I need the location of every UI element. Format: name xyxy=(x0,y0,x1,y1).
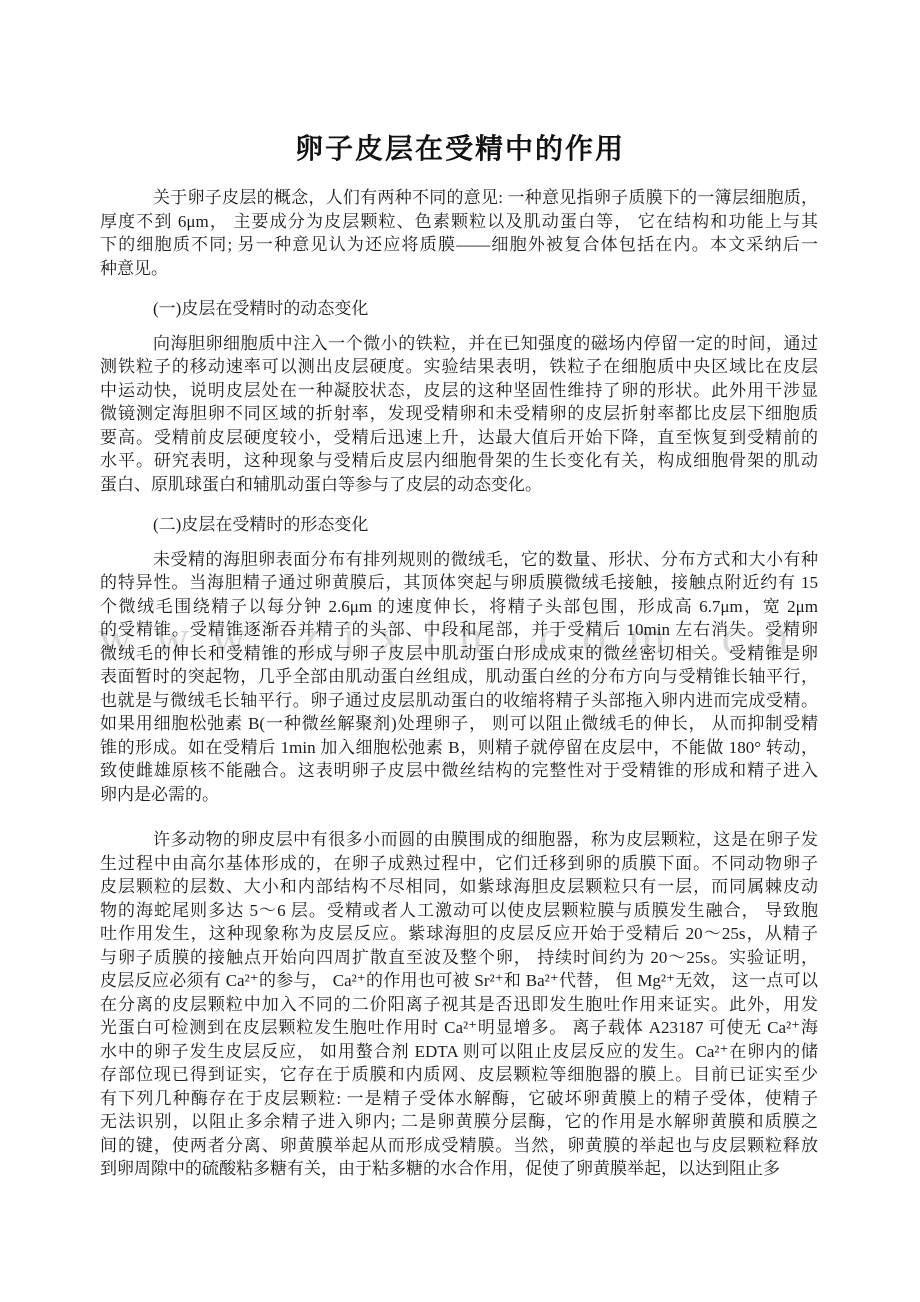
text-line: 中运动快，说明皮层处在一种凝胶状态，皮层的这种坚固性维持了卵的形状。此外用干涉显 xyxy=(100,379,818,403)
text-line: 间的键，使两者分离、卵黄膜举起从而形成受精膜。当然，卵黄膜的举起也与皮层颗粒释放 xyxy=(100,1134,818,1158)
paragraph: 许多动物的卵皮层中有很多小而圆的由膜围成的细胞器，称为皮层颗粒，这是在卵子发生过… xyxy=(100,828,818,1181)
text-line: 水中的卵子发生皮层反应， 如用螯合剂 EDTA 则可以阻止皮层反应的发生。Ca²… xyxy=(100,1040,818,1064)
paragraph: 关于卵子皮层的概念，人们有两种不同的意见: 一种意见指卵子质膜下的一簿层细胞质，… xyxy=(100,186,818,280)
text-line: 到卵周隙中的硫酸粘多糖有关，由于粘多糖的水合作用，促使了卵黄膜举起，以达到阻止多 xyxy=(100,1157,818,1181)
text-line: 要高。受精前皮层硬度较小，受精后迅速上升，达最大值后开始下降，直至恢复到受精前的 xyxy=(100,426,818,450)
text-line: 微绒毛的伸长和受精锥的形成与卵子皮层中肌动蛋白形成成束的微丝密切相关。受精锥是卵 xyxy=(100,642,818,666)
text-line: 致使雌雄原核不能融合。这表明卵子皮层中微丝结构的完整性对于受精锥的形成和精子进入 xyxy=(100,759,818,783)
text-line: 测铁粒子的移动速率可以测出皮层硬度。实验结果表明，铁粒子在细胞质中央区域比在皮层 xyxy=(100,355,818,379)
text-line: 卵内是必需的。 xyxy=(100,783,818,807)
text-line: 的受精锥。受精锥逐渐吞并精子的头部、中段和尾部，并于受精后 10min 左右消失… xyxy=(100,618,818,642)
text-line: 表面暂时的突起物，几乎全部由肌动蛋白丝组成，肌动蛋白丝的分布方向与受精锥长轴平行… xyxy=(100,665,818,689)
text-line: 个微绒毛围绕精子以每分钟 2.6μm 的速度伸长，将精子头部包围，形成高 6.7… xyxy=(100,595,818,619)
paragraph: 未受精的海胆卵表面分布有排列规则的微绒毛，它的数量、形状、分布方式和大小有种的特… xyxy=(100,548,818,807)
text-line: 在分离的皮层颗粒中加入不同的二价阳离子视其是否迅即发生胞吐作用来证实。此外，用发 xyxy=(100,993,818,1017)
text-line: 光蛋白可检测到在皮层颗粒发生胞吐作用时 Ca²⁺明显增多。 离子载体 A2318… xyxy=(100,1016,818,1040)
text-line: 如果用细胞松弛素 B(一种微丝解聚剂)处理卵子， 则可以阻止微绒毛的伸长， 从而… xyxy=(100,712,818,736)
text-line: 下的细胞质不同; 另一种意见认为还应将质膜——细胞外被复合体包括在内。本文采纳后… xyxy=(100,233,818,257)
text-line: 无法识别，以阻止多余精子进入卵内; 二是卵黄膜分层酶，它的作用是水解卵黄膜和质膜… xyxy=(100,1110,818,1134)
text-line: 存部位现已得到证实，它存在于质膜和内质网、皮层颗粒等细胞器的膜上。目前已证实至少 xyxy=(100,1063,818,1087)
text-line: 物的海蛇尾则多达 5～6 层。受精或者人工激动可以使皮层颗粒膜与质膜发生融合， … xyxy=(100,899,818,923)
text-line: 皮层反应必须有 Ca²⁺的参与， Ca²⁺的作用也可被 Sr²⁺和 Ba²⁺代替… xyxy=(100,969,818,993)
text-line: 有下列几种酶存在于皮层颗粒: 一是精子受体水解酶，它破坏卵黄膜上的精子受体，使精… xyxy=(100,1087,818,1111)
text-line: 皮层颗粒的层数、大小和内部结构不尽相同，如紫球海胆皮层颗粒只有一层，而同属棘皮动 xyxy=(100,875,818,899)
text-line: 厚度不到 6μm， 主要成分为皮层颗粒、色素颗粒以及肌动蛋白等， 它在结构和功能… xyxy=(100,210,818,234)
section-heading: (一)皮层在受精时的动态变化 xyxy=(100,297,818,321)
text-line: 也就是与微绒毛长轴平行。卵子通过皮层肌动蛋白的收缩将精子头部拖入卵内进而完成受精… xyxy=(100,689,818,713)
document-body: 关于卵子皮层的概念，人们有两种不同的意见: 一种意见指卵子质膜下的一簿层细胞质，… xyxy=(100,186,818,1181)
text-line: 的特异性。当海胆精子通过卵黄膜后，其顶体突起与卵质膜微绒毛接触，接触点附近约有 … xyxy=(100,571,818,595)
page-title: 卵子皮层在受精中的作用 xyxy=(0,127,920,167)
text-line: 关于卵子皮层的概念，人们有两种不同的意见: 一种意见指卵子质膜下的一簿层细胞质， xyxy=(100,186,818,210)
text-line: 吐作用发生，这种现象称为皮层反应。紫球海胆的皮层反应开始于受精后 20～25s，… xyxy=(100,922,818,946)
text-line: 水平。研究表明，这种现象与受精后皮层内细胞骨架的生长变化有关，构成细胞骨架的肌动 xyxy=(100,449,818,473)
text-line: 向海胆卵细胞质中注入一个微小的铁粒，并在已知强度的磁场内停留一定的时间，通过 xyxy=(100,332,818,356)
text-line: 生过程中由高尔基体形成的，在卵子成熟过程中，它们迁移到卵的质膜下面。不同动物卵子 xyxy=(100,852,818,876)
document-page: www.zixin.com.cn 卵子皮层在受精中的作用 关于卵子皮层的概念，人… xyxy=(0,0,920,1302)
text-line: 许多动物的卵皮层中有很多小而圆的由膜围成的细胞器，称为皮层颗粒，这是在卵子发 xyxy=(100,828,818,852)
text-line: 蛋白、原肌球蛋白和辅肌动蛋白等参与了皮层的动态变化。 xyxy=(100,473,818,497)
text-line: 与卵子质膜的接触点开始向四周扩散直至波及整个卵， 持续时间约为 20～25s。实… xyxy=(100,946,818,970)
section-heading: (二)皮层在受精时的形态变化 xyxy=(100,513,818,537)
text-line: 微镜测定海胆卵不同区域的折射率，发现受精卵和未受精卵的皮层折射率都比皮层下细胞质 xyxy=(100,402,818,426)
paragraph: 向海胆卵细胞质中注入一个微小的铁粒，并在已知强度的磁场内停留一定的时间，通过测铁… xyxy=(100,332,818,497)
text-line: 种意见。 xyxy=(100,257,818,281)
text-line: 未受精的海胆卵表面分布有排列规则的微绒毛，它的数量、形状、分布方式和大小有种 xyxy=(100,548,818,572)
text-line: 锥的形成。如在受精后 1min 加入细胞松弛素 B，则精子就停留在皮层中，不能做… xyxy=(100,736,818,760)
